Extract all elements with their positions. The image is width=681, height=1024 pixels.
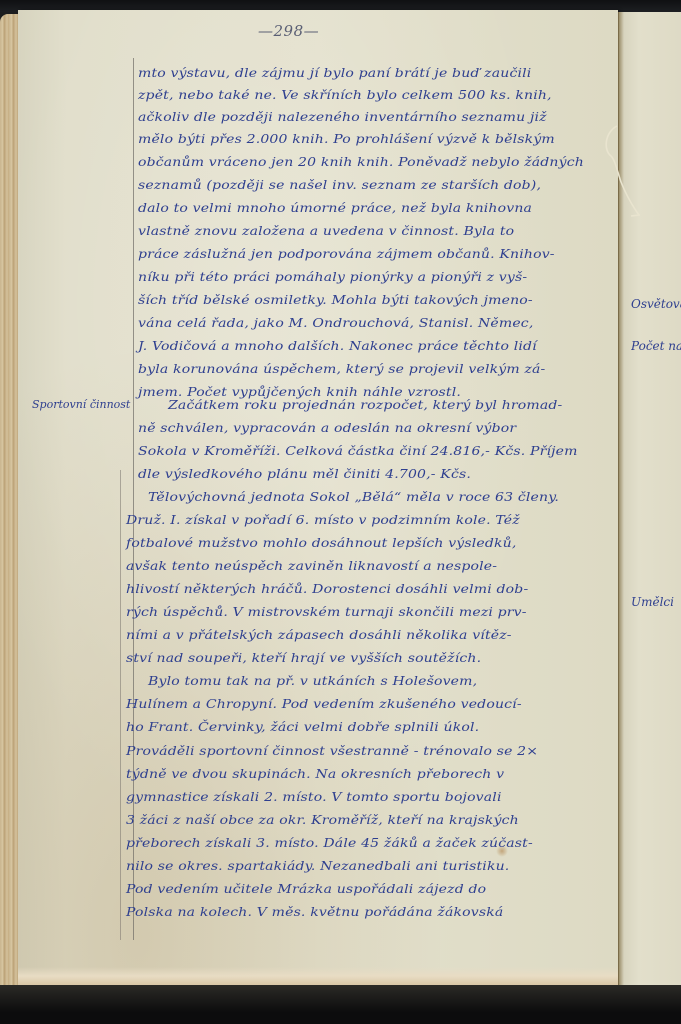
margin-rule-lower bbox=[120, 470, 121, 940]
text-line: Bylo tomu tak na př. v utkáních s Holešo… bbox=[148, 674, 477, 688]
text-line: Hulínem a Chropyní. Pod vedením zkušenéh… bbox=[126, 697, 522, 711]
text-line: ho Frant. Červinky, žáci velmi dobře spl… bbox=[126, 720, 479, 734]
text-line: Pod vedením učitele Mrázka uspořádali zá… bbox=[126, 882, 486, 896]
text-line: dle výsledkového plánu měl činiti 4.700,… bbox=[138, 467, 471, 481]
text-line: nilo se okres. spartakiády. Nezanedbali … bbox=[126, 859, 509, 873]
text-line: rých úspěchů. V mistrovském turnaji skon… bbox=[126, 605, 527, 619]
page-number: —298— bbox=[258, 22, 319, 40]
right-page-fragment: Umělci bbox=[631, 595, 681, 609]
binding-thread bbox=[601, 120, 641, 225]
text-line: Polska na kolech. V měs. květnu pořádána… bbox=[126, 905, 503, 919]
text-line: mělo býti přes 2.000 knih. Po prohlášení… bbox=[138, 132, 555, 146]
scan-background-bottom bbox=[0, 985, 681, 1024]
margin-rule bbox=[133, 58, 134, 940]
text-line: gymnastice získali 2. místo. V tomto spo… bbox=[126, 790, 502, 804]
text-line: Sokola v Kroměříži. Celková částka činí … bbox=[138, 444, 578, 458]
text-line: 3 žáci z naší obce za okr. Kroměříž, kte… bbox=[126, 813, 519, 827]
margin-note-sports: Sportovní činnost bbox=[32, 398, 130, 411]
text-line: ších tříd bělské osmiletky. Mohla býti t… bbox=[138, 293, 533, 307]
text-line: Druž. I. získal v pořadí 6. místo v podz… bbox=[126, 513, 520, 527]
right-page-fragment: Počet na bbox=[631, 339, 681, 353]
text-line: týdně ve dvou skupinách. Na okresních př… bbox=[126, 767, 504, 781]
text-line: vlastně znovu založena a uvedena v činno… bbox=[138, 224, 514, 238]
text-line: fotbalové mužstvo mohlo dosáhnout lepšíc… bbox=[126, 536, 517, 550]
text-line: mto výstavu, dle zájmu jí bylo paní brát… bbox=[138, 66, 531, 80]
text-line: občanům vráceno jen 20 knih knih. Poněva… bbox=[138, 155, 584, 169]
text-line: Prováděli sportovní činnost všestranně -… bbox=[126, 744, 538, 758]
text-line: seznamů (později se našel inv. seznam ze… bbox=[138, 178, 541, 192]
text-line: zpět, nebo také ne. Ve skříních bylo cel… bbox=[138, 88, 552, 102]
text-line: J. Vodičová a mnoho dalších. Nakonec prá… bbox=[138, 339, 537, 353]
text-line: níku při této práci pomáhaly pionýrky a … bbox=[138, 270, 527, 284]
text-line: jmem. Počet vypůjčených knih náhle vzros… bbox=[138, 385, 461, 399]
text-line: Tělovýchovná jednota Sokol „Bělá“ měla v… bbox=[148, 490, 559, 504]
text-line: Začátkem roku projednán rozpočet, který … bbox=[168, 398, 562, 412]
text-line: ačkoliv dle později nalezeného inventárn… bbox=[138, 110, 547, 124]
text-line: ně schválen, vypracován a odeslán na okr… bbox=[138, 421, 516, 435]
text-line: hlivostí některých hráčů. Dorostenci dos… bbox=[126, 582, 528, 596]
right-page-fragment: Osvětová bbox=[631, 297, 681, 311]
text-line: ními a v přátelských zápasech dosáhli ně… bbox=[126, 628, 512, 642]
text-line: byla korunována úspěchem, který se proje… bbox=[138, 362, 545, 376]
text-line: dalo to velmi mnoho úmorné práce, než by… bbox=[138, 201, 532, 215]
text-line: přeborech získali 3. místo. Dále 45 žáků… bbox=[126, 836, 533, 850]
text-line: avšak tento neúspěch zaviněn liknavostí … bbox=[126, 559, 497, 573]
text-line: ství nad soupeři, kteří hrají ve vyšších… bbox=[126, 651, 481, 665]
text-line: práce záslužná jen podporována zájmem ob… bbox=[138, 247, 555, 261]
text-line: vána celá řada, jako M. Ondrouchová, Sta… bbox=[138, 316, 533, 330]
